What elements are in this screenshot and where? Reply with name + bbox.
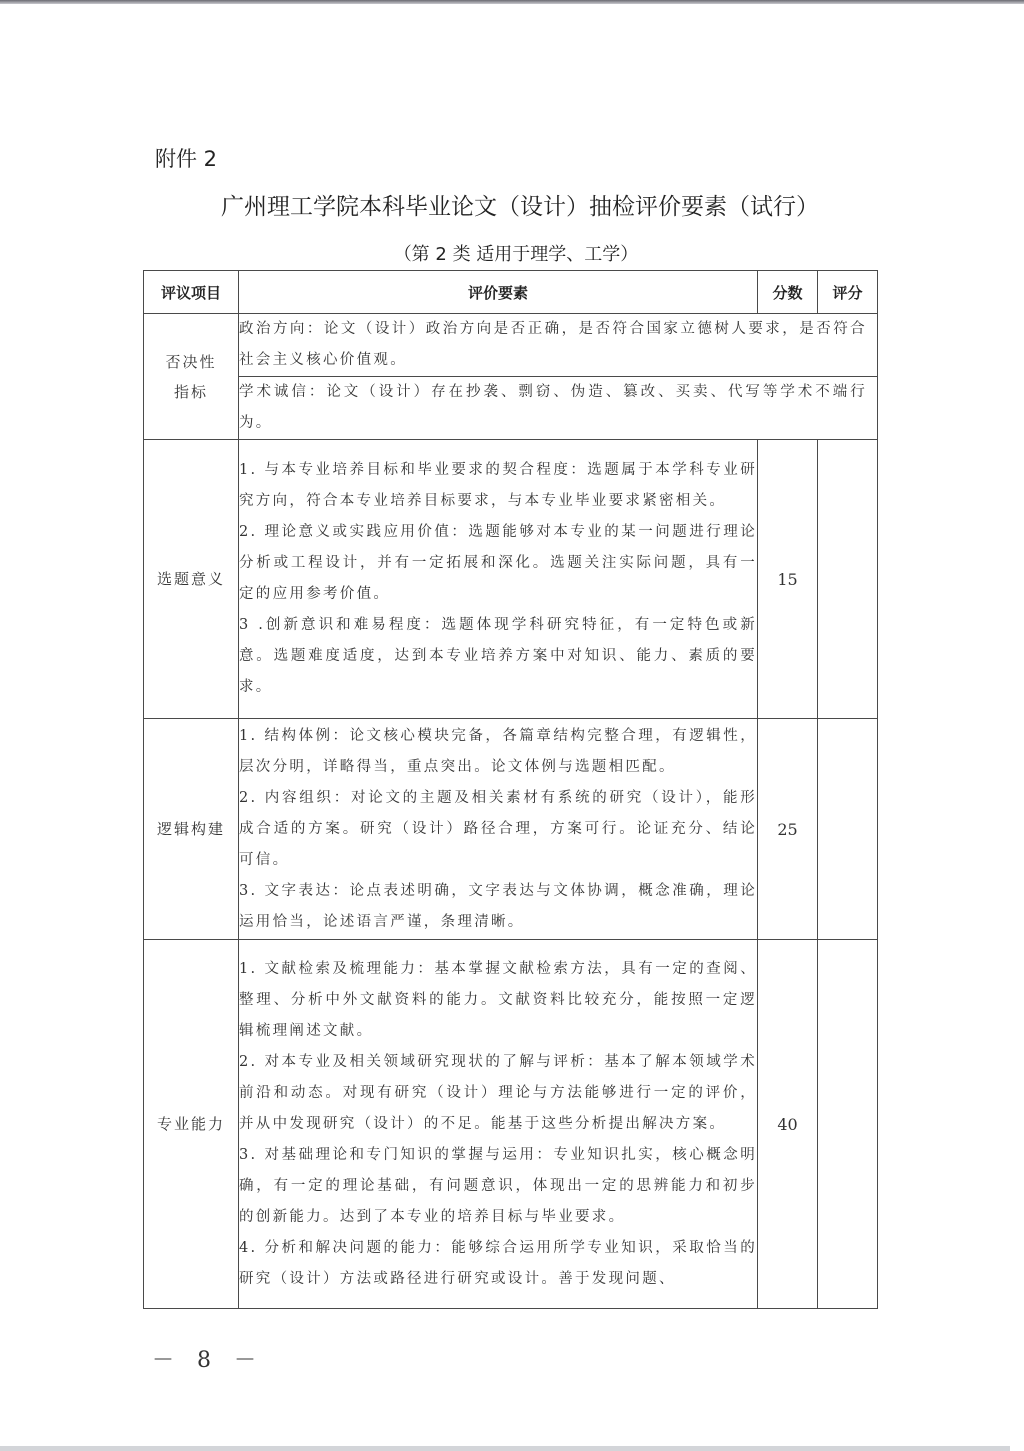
scan-bottom-edge bbox=[0, 1446, 1010, 1451]
document-title: 广州理工学院本科毕业论文（设计）抽检评价要素（试行） bbox=[0, 188, 1024, 221]
header-score: 分数 bbox=[758, 271, 818, 314]
paragraph: 4. 分析和解决问题的能力：能够综合运用所学专业知识，采取恰当的研究（设计）方法… bbox=[239, 1233, 757, 1295]
paragraph: 2. 对本专业及相关领域研究现状的了解与评析：基本了解本领域学术前沿和动态。对现… bbox=[239, 1047, 757, 1140]
table-row-professional-ability: 专业能力 1. 文献检索及梳理能力：基本掌握文献检索方法，具有一定的查阅、整理、… bbox=[144, 940, 878, 1309]
header-grade: 评分 bbox=[818, 271, 878, 314]
table-header-row: 评议项目 评价要素 分数 评分 bbox=[144, 271, 878, 314]
score-professional-ability: 40 bbox=[758, 940, 818, 1309]
item-logic-construction: 逻辑构建 bbox=[144, 719, 239, 940]
document-subtitle: （第 2 类 适用于理学、工学） bbox=[0, 240, 1024, 266]
item-veto-line1: 否决性 bbox=[144, 347, 238, 377]
paragraph: 2. 内容组织：对论文的主题及相关素材有系统的研究（设计），能形成合适的方案。研… bbox=[239, 783, 757, 876]
score-logic-construction: 25 bbox=[758, 719, 818, 940]
item-veto-line2: 指标 bbox=[144, 377, 238, 407]
evaluation-table: 评议项目 评价要素 分数 评分 否决性 指标 政治方向：论文（设计）政治方向是否… bbox=[143, 270, 878, 1309]
veto-political-direction: 政治方向：论文（设计）政治方向是否正确，是否符合国家立德树人要求，是否符合社会主… bbox=[239, 314, 878, 377]
table-row-topic-significance: 选题意义 1. 与本专业培养目标和毕业要求的契合程度：选题属于本学科专业研究方向… bbox=[144, 440, 878, 719]
content-topic-significance: 1. 与本专业培养目标和毕业要求的契合程度：选题属于本学科专业研究方向，符合本专… bbox=[239, 440, 758, 719]
paragraph: 3 .创新意识和难易程度：选题体现学科研究特征，有一定特色或新意。选题难度适度，… bbox=[239, 610, 757, 703]
header-elements: 评价要素 bbox=[239, 271, 758, 314]
grade-input-topic-significance[interactable] bbox=[818, 440, 878, 719]
table-row-veto-integrity: 学术诚信：论文（设计）存在抄袭、剽窃、伪造、篡改、买卖、代写等学术不端行为。 bbox=[144, 377, 878, 440]
content-logic-construction: 1. 结构体例：论文核心模块完备，各篇章结构完整合理，有逻辑性，层次分明，详略得… bbox=[239, 719, 758, 940]
grade-input-logic-construction[interactable] bbox=[818, 719, 878, 940]
page-number: － 8 － bbox=[152, 1343, 264, 1374]
item-veto: 否决性 指标 bbox=[144, 314, 239, 440]
table-row-logic-construction: 逻辑构建 1. 结构体例：论文核心模块完备，各篇章结构完整合理，有逻辑性，层次分… bbox=[144, 719, 878, 940]
paragraph: 1. 结构体例：论文核心模块完备，各篇章结构完整合理，有逻辑性，层次分明，详略得… bbox=[239, 721, 757, 783]
table-row-veto-political: 否决性 指标 政治方向：论文（设计）政治方向是否正确，是否符合国家立德树人要求，… bbox=[144, 314, 878, 377]
paragraph: 2. 理论意义或实践应用价值：选题能够对本专业的某一问题进行理论分析或工程设计，… bbox=[239, 517, 757, 610]
paragraph: 3. 对基础理论和专门知识的掌握与运用：专业知识扎实，核心概念明确，有一定的理论… bbox=[239, 1140, 757, 1233]
paragraph: 1. 文献检索及梳理能力：基本掌握文献检索方法，具有一定的查阅、整理、分析中外文… bbox=[239, 954, 757, 1047]
grade-input-professional-ability[interactable] bbox=[818, 940, 878, 1309]
scan-top-edge bbox=[0, 0, 1024, 4]
item-topic-significance: 选题意义 bbox=[144, 440, 239, 719]
paragraph: 1. 与本专业培养目标和毕业要求的契合程度：选题属于本学科专业研究方向，符合本专… bbox=[239, 455, 757, 517]
score-topic-significance: 15 bbox=[758, 440, 818, 719]
attachment-label: 附件 2 bbox=[155, 143, 217, 173]
veto-academic-integrity: 学术诚信：论文（设计）存在抄袭、剽窃、伪造、篡改、买卖、代写等学术不端行为。 bbox=[239, 377, 878, 440]
paragraph: 3. 文字表达：论点表述明确，文字表达与文体协调，概念准确，理论运用恰当，论述语… bbox=[239, 876, 757, 938]
content-professional-ability: 1. 文献检索及梳理能力：基本掌握文献检索方法，具有一定的查阅、整理、分析中外文… bbox=[239, 940, 758, 1309]
header-item: 评议项目 bbox=[144, 271, 239, 314]
item-professional-ability: 专业能力 bbox=[144, 940, 239, 1309]
